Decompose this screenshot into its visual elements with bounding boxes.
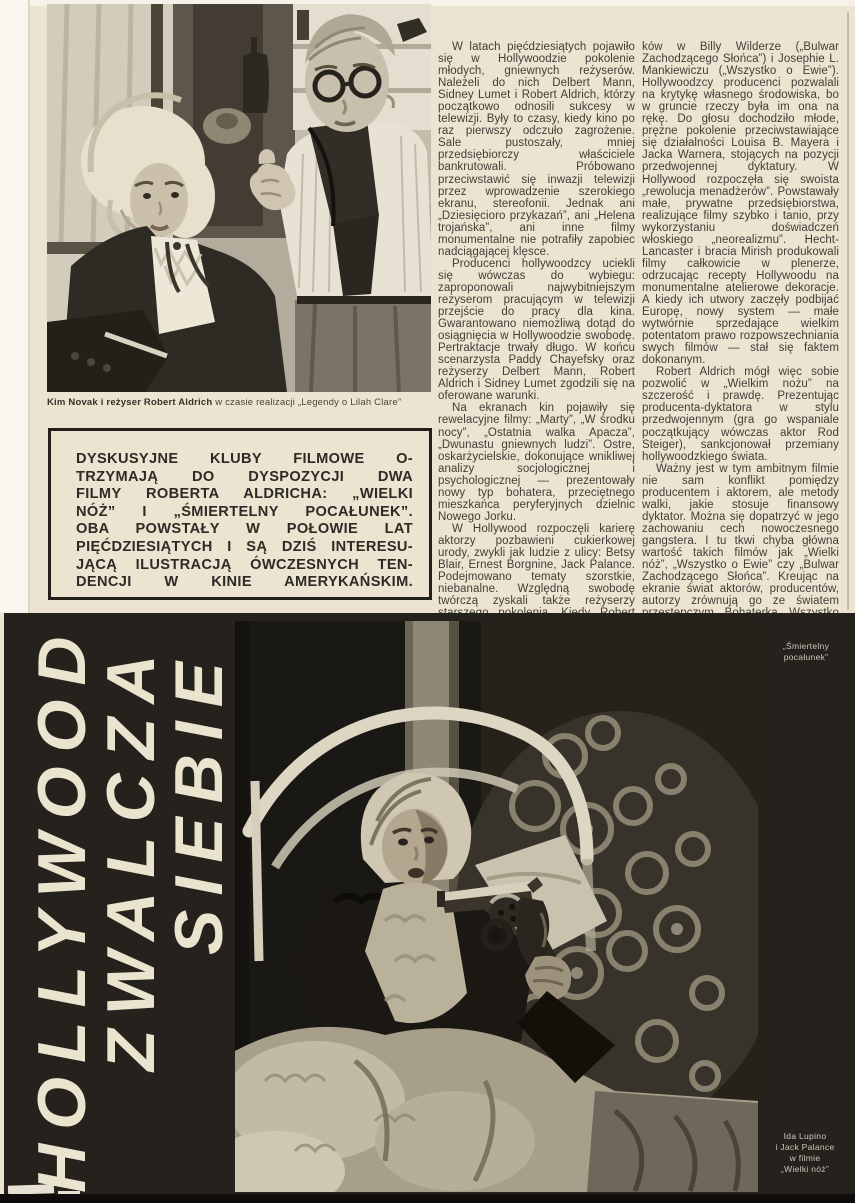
article-column-2: ków w Billy Wilderze („Bulwar Zachodzące… (642, 41, 839, 643)
photo-caption-rest: w czasie realizacji „Legendy o Lilah Cla… (212, 397, 401, 408)
photo-caption: Kim Novak i reżyser Robert Aldrich w cza… (47, 397, 439, 408)
bed-photo-illustration (235, 621, 758, 1192)
caption-smiertelny-pocalunek: „Śmiertelny pocałunek” (761, 641, 851, 663)
magazine-page: Kim Novak i reżyser Robert Aldrich w cza… (0, 0, 855, 1203)
feature-panel: HOLLYWOOD ZWALCZA SIEBIE (4, 613, 855, 1203)
lead-box-line: DENCJI W KINIE AMERYKAŃSKIM. (76, 574, 413, 592)
lead-box-line: OBA POWSTAŁY W POŁOWIE LAT (76, 521, 413, 539)
article-paragraph: Robert Aldrich mógł więc sobie pozwolić … (642, 366, 839, 462)
article-paragraph: W latach pięćdziesiątych pojawiło się w … (438, 41, 635, 258)
lead-box-line: NÓŻ” I „ŚMIERTELNY POCAŁUNEK”. (76, 504, 413, 522)
photo-caption-names: Kim Novak i reżyser Robert Aldrich (47, 397, 212, 408)
photo-kim-novak-aldrich (47, 4, 431, 392)
page-left-margin (0, 0, 30, 613)
article-column-1: W latach pięćdziesiątych pojawiło się w … (438, 41, 635, 655)
article-paragraph: Na ekranach kin pojawiły się rewelacyjne… (438, 402, 635, 522)
lead-box-line: DYSKUSYJNE KLUBY FILMOWE O- (76, 451, 413, 469)
article-paragraph: ków w Billy Wilderze („Bulwar Zachodzące… (642, 41, 839, 366)
article-paragraph: Producenci hollywoodzcy uciekli się wówc… (438, 258, 635, 403)
page-bottom-edge (0, 1194, 855, 1203)
headline-word-zwalcza: ZWALCZA (97, 641, 165, 1071)
lead-box-line: TRZYMAJĄ DO DYSPOZYCJI DWA (76, 469, 413, 487)
page-fold-line (847, 12, 849, 610)
headline-word-hollywood: HOLLYWOOD (28, 623, 96, 1193)
top-photo-illustration (47, 4, 431, 392)
photo-ida-lupino-gun (235, 621, 758, 1192)
lead-box-line: JĄCĄ ILUSTRACJĄ ÓWCZESNYCH TEN- (76, 557, 413, 575)
caption-ida-lupino: Ida Lupino i Jack Palance w filmie „Wiel… (758, 1131, 852, 1175)
lead-box: DYSKUSYJNE KLUBY FILMOWE O-TRZYMAJĄ DO D… (48, 428, 432, 600)
headline-word-siebie: SIEBIE (165, 648, 233, 955)
lead-box-line: FILMY ROBERTA ALDRICHA: „WIELKI (76, 486, 413, 504)
lead-box-line: PIĘĆDZIESIĄTYCH I SĄ DZIŚ INTERESU- (76, 539, 413, 557)
